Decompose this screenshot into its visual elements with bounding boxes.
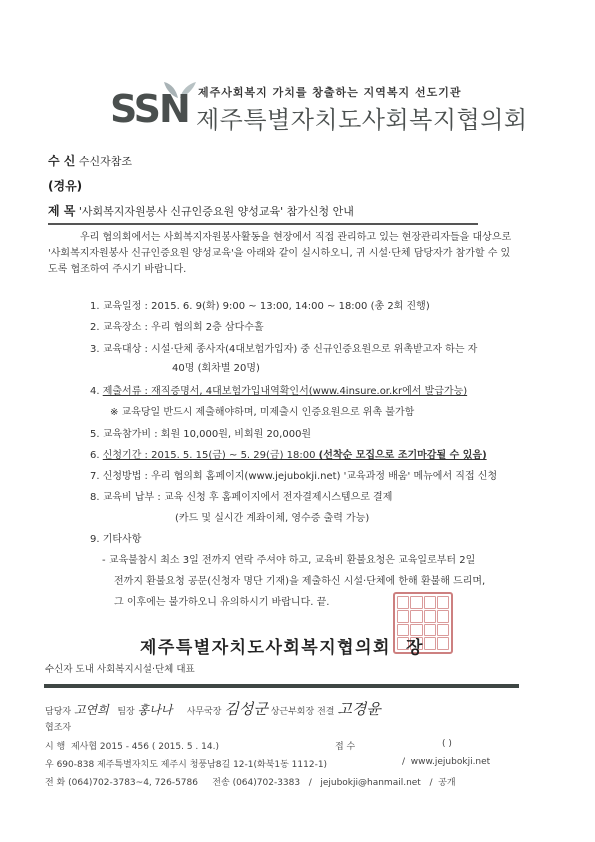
org-name-header: 제주특별자치도사회복지협의회 bbox=[196, 100, 528, 135]
footer-divider bbox=[44, 684, 519, 688]
item-4: 4. 제출서류 : 재직증명서, 4대보험가입내역확인서(www.4insure… bbox=[90, 382, 467, 397]
manager-label: 담당자 bbox=[45, 707, 71, 717]
sender-name: 제주특별자치도사회복지협의회 bbox=[140, 633, 391, 658]
official-seal-icon bbox=[393, 592, 453, 654]
misc-line-1: - 교육불참시 최소 3일 전까지 연락 주셔야 하고, 교육비 환불요청은 교… bbox=[102, 551, 475, 566]
manager-signature: 고연희 bbox=[74, 703, 109, 717]
early-close-note: (선착순 모집으로 조기마감될 수 있음) bbox=[319, 450, 487, 461]
fax-number: (064)702-3383 bbox=[233, 778, 301, 788]
sender-suffix: 장 bbox=[406, 633, 422, 658]
item-8: 8. 교육비 납부 : 교육 신청 후 홈페이지에서 전자결제시스템으로 결제 bbox=[90, 488, 392, 503]
item-2: 2. 교육장소 : 우리 협의회 2층 삼다수홀 bbox=[90, 318, 264, 333]
intro-paragraph: 우리 협의회에서는 사회복지자원봉사활동을 현장에서 직접 관리하고 있는 현장… bbox=[48, 230, 518, 278]
via-row: (경유) bbox=[48, 177, 82, 194]
contact-row: 전 화 (064)702-3783~4, 726-5786 전송 (064)70… bbox=[45, 775, 456, 788]
homepage-link: 우리 협의회 홈페이지(www.jejubokji.net) '교육과정 배움'… bbox=[151, 471, 497, 482]
approval-line: 담당자 고연희 팀장 홍나나 사무국장 김성군 상근부회장 전결 고경윤 bbox=[45, 698, 381, 719]
recipient-label: 수 신 bbox=[48, 154, 75, 168]
misc-line-3: 그 이후에는 불가하오니 유의하시기 바랍니다. 끝. bbox=[114, 593, 329, 608]
recipients-list: 수신자 도내 사회복지시설·단체 대표 bbox=[45, 661, 195, 675]
item-5: 5. 교육참가비 : 회원 10,000원, 비회원 20,000원 bbox=[90, 425, 311, 440]
item-1: 1. 교육일정 : 2015. 6. 9(화) 9:00 ~ 13:00, 14… bbox=[90, 297, 430, 312]
item-6: 6. 신청기간 : 2015. 5. 15(금) ~ 5. 29(금) 18:0… bbox=[90, 446, 487, 461]
final-approval-label: 전결 bbox=[317, 707, 334, 717]
website-link[interactable]: www.jejubokji.net bbox=[411, 757, 490, 767]
secgen-signature: 김성군 bbox=[224, 700, 267, 718]
subject-value: '사회복지자원봉사 신규인증요원 양성교육' 참가신청 안내 bbox=[79, 205, 354, 218]
item-3: 3. 교육대상 : 시설·단체 종사자(4대보험가입자) 중 신규인증요원으로 … bbox=[90, 340, 477, 355]
subject-label: 제 목 bbox=[48, 204, 75, 218]
email-link[interactable]: jejubokji@hanmail.net bbox=[320, 778, 421, 788]
logo-text: SSN bbox=[110, 90, 189, 128]
item-9: 9. 기타사항 bbox=[90, 530, 141, 545]
recipient-value: 수신자참조 bbox=[79, 155, 132, 168]
slogan: 제주사회복지 가치를 창출하는 지역복지 선도기관 bbox=[198, 84, 461, 100]
receipt-value: ( ) bbox=[442, 739, 452, 749]
address-row: 우 690-838 제주특별자치도 제주시 청풍남8길 12-1(화북1동 11… bbox=[45, 757, 327, 770]
divider bbox=[48, 223, 478, 225]
teamlead-label: 팀장 bbox=[117, 707, 134, 717]
document-number: 제사협 2015 - 456 ( 2015. 5 . 14.) bbox=[71, 742, 219, 752]
item-7: 7. 신청방법 : 우리 협의회 홈페이지(www.jejubokji.net)… bbox=[90, 467, 497, 482]
via-label: (경유) bbox=[48, 179, 82, 193]
misc-line-2: 전까지 환불요청 공문(신청자 명단 기재)을 제출하신 시설·단체에 한해 환… bbox=[114, 572, 485, 587]
vp-signature: 고경윤 bbox=[337, 700, 380, 718]
item-3-cont: 40명 (회차별 20명) bbox=[172, 359, 260, 374]
item-4-note: ※ 교육당일 반드시 제출해야하며, 미제출시 인증요원으로 위촉 불가함 bbox=[110, 403, 414, 418]
receipt-label: 접 수 bbox=[335, 739, 355, 752]
address: 690-838 제주특별자치도 제주시 청풍남8길 12-1(화북1동 1112… bbox=[57, 760, 328, 770]
intro-text: 우리 협의회에서는 사회복지자원봉사활동을 현장에서 직접 관리하고 있는 현장… bbox=[48, 232, 511, 275]
recipient-row: 수 신 수신자참조 bbox=[48, 152, 132, 169]
cooperator-label: 협조자 bbox=[45, 720, 71, 733]
subject-row: 제 목 '사회복지자원봉사 신규인증요원 양성교육' 참가신청 안내 bbox=[48, 202, 354, 219]
vp-label: 상근부회장 bbox=[271, 707, 314, 717]
phone-number: (064)702-3783~4, 726-5786 bbox=[68, 778, 198, 788]
secgen-label: 사무국장 bbox=[187, 707, 222, 717]
website-row: / www.jejubokji.net bbox=[402, 757, 490, 767]
item-8-cont: (카드 및 실시간 계좌이체, 영수증 출력 가능) bbox=[175, 509, 369, 524]
disclosure-status: 공개 bbox=[438, 778, 455, 788]
insure-link: 재직증명서, 4대보험가입내역확인서(www.4insure.or.kr에서 발… bbox=[151, 386, 467, 397]
enforcement-row: 시 행 제사협 2015 - 456 ( 2015. 5 . 14.) bbox=[45, 739, 219, 752]
teamlead-signature: 홍나나 bbox=[138, 703, 173, 717]
